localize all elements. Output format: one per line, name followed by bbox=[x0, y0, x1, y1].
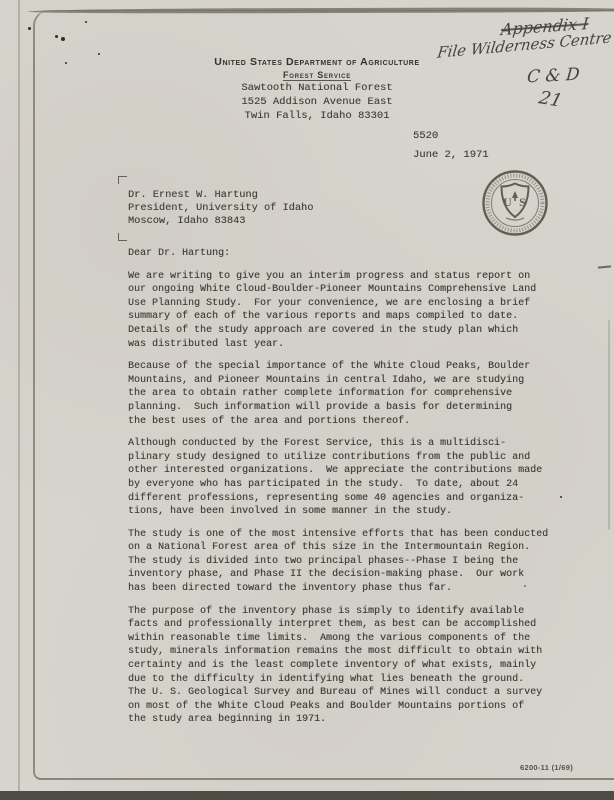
body-paragraph: The purpose of the inventory phase is si… bbox=[128, 605, 580, 727]
letterhead: United States Department of Agriculture … bbox=[166, 56, 468, 123]
stray-dash-mark bbox=[598, 265, 611, 268]
file-code: 5520 bbox=[413, 127, 489, 146]
body-paragraph: The study is one of the most intensive e… bbox=[128, 528, 580, 596]
handwritten-page-number: 21 bbox=[536, 88, 564, 112]
scanned-letter-page: Appendix I File Wilderness Centre C & D … bbox=[0, 0, 614, 800]
agency-name: Forest Service bbox=[166, 70, 468, 80]
scan-edge-line bbox=[18, 0, 20, 800]
forest-service-seal-icon: U S bbox=[481, 169, 549, 237]
recipient-name: Dr. Ernest W. Hartung bbox=[128, 189, 313, 202]
seal-letter-s: S bbox=[519, 195, 526, 209]
address-crop-mark-top bbox=[118, 176, 127, 184]
office-address-line2: Twin Falls, Idaho 83301 bbox=[166, 109, 468, 123]
form-number: 6200-11 (1/69) bbox=[520, 763, 573, 772]
ink-speck bbox=[85, 21, 87, 23]
department-name: United States Department of Agriculture bbox=[166, 56, 468, 68]
recipient-title: President, University of Idaho bbox=[128, 202, 313, 215]
scan-bottom-band bbox=[0, 791, 614, 800]
ink-speck bbox=[61, 37, 65, 41]
ink-speck bbox=[28, 27, 31, 30]
address-crop-mark-bottom bbox=[118, 233, 127, 241]
salutation: Dear Dr. Hartung: bbox=[128, 247, 580, 261]
body-paragraph: Although conducted by the Forest Service… bbox=[128, 437, 580, 519]
seal-letter-u: U bbox=[503, 195, 512, 209]
paper-right-edge-line bbox=[608, 320, 610, 530]
paper-top-edge bbox=[28, 7, 614, 14]
ink-speck bbox=[98, 53, 100, 55]
seal-tree-icon bbox=[512, 191, 518, 201]
body-paragraph: Because of the special importance of the… bbox=[128, 360, 580, 428]
reference-block: 5520 June 2, 1971 bbox=[413, 127, 489, 164]
office-name: Sawtooth National Forest bbox=[166, 81, 468, 95]
letter-date: June 2, 1971 bbox=[413, 146, 489, 165]
letter-body: Dear Dr. Hartung: We are writing to give… bbox=[128, 247, 580, 736]
recipient-address: Dr. Ernest W. Hartung President, Univers… bbox=[128, 189, 313, 229]
ink-speck bbox=[65, 62, 67, 64]
recipient-city: Moscow, Idaho 83843 bbox=[128, 215, 313, 228]
ink-speck bbox=[55, 35, 58, 38]
body-paragraph: We are writing to give you an interim pr… bbox=[128, 270, 580, 352]
office-address-line1: 1525 Addison Avenue East bbox=[166, 95, 468, 109]
handwritten-cd-note: C & D bbox=[526, 65, 580, 88]
